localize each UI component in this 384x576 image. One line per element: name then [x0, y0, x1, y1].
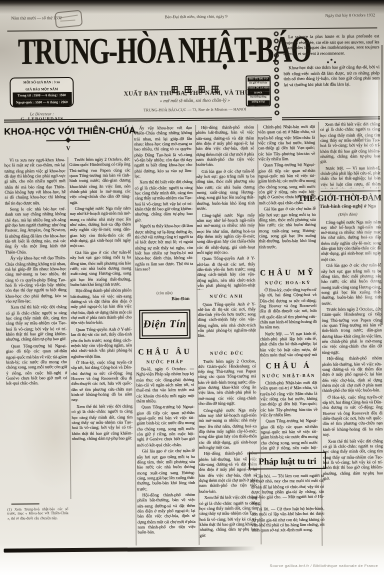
body-paragraph: Quan Tổng-quyền Anh ở Y-nhĩ-lan đi thị-s…: [197, 256, 255, 290]
law-column-body: Câu hỏi. — Tôi làm con nuôi người ta từ …: [251, 473, 325, 546]
country-usa: NƯỚC HOA-KỲ: [259, 279, 316, 284]
admin-box: THƯ-TỪ BÀI-VỞ xin gửi về toà báo 73 RUE …: [246, 75, 271, 106]
to-be-continued: (còn nữa): [135, 290, 193, 296]
body-paragraph: Xem thế thì biết việc đời chẳng có gì là…: [135, 179, 193, 222]
lunar-date: Bảo-Đại thất niên, tháng chín, ngày 9: [131, 13, 261, 19]
main-article-headline: KHOA-HỌC VỚI THIÊN-CHÚA.: [4, 126, 132, 137]
country-japan: NƯỚC NHẬT-BẢN: [260, 372, 317, 377]
news-column-japan: Chính-phủ Nhật-bản mới đặt viên quan cai…: [260, 380, 318, 450]
body-paragraph: Nước Mỹ. — Vì nạn kinh-tế, chính-phủ phả…: [260, 331, 317, 359]
article-byline: Bảo-Đan: [136, 297, 190, 302]
article-column-c: Ấy vậy khoa-học với đạo Thiên-Chúa chẳng…: [134, 125, 193, 287]
body-paragraph: Trước hôm ngày 2 Octobre, đức Giám-quốc …: [322, 306, 382, 354]
body-paragraph: Xem thế thì biết việc đời chẳng có gì là…: [6, 305, 67, 343]
body-paragraph: Song le các nhà bác-học trứ-danh xưa nay…: [5, 206, 66, 254]
body-paragraph: Ấy vậy khoa-học với đạo Thiên-Chúa chẳng…: [134, 125, 192, 179]
telegram-section-title: Điện Tín: [143, 319, 186, 330]
body-paragraph: Quan Tổng-quyền Anh ở Y-nhĩ-lan đi thị-s…: [198, 301, 256, 339]
issue-date: Ngày thứ bảy 8 Octobre 1932: [281, 12, 375, 18]
section-mark: V: [4, 146, 132, 153]
paper-stain: [20, 380, 90, 490]
telegram-section-box: Điện Tín: [142, 312, 188, 336]
price-box: MỖI SỐ GIÁ BÁN : 3 xu GIÁ BÁO MỘT NĂM Tr…: [10, 77, 74, 108]
body-paragraph: Trước hôm ngày 2 Octobre, đức Giám-quốc …: [198, 358, 256, 406]
body-paragraph: Giá lúa gạo ở các chợ tuần-lễ nầy hơi sụ…: [196, 168, 254, 211]
page-edge-shadow: [381, 45, 383, 325]
body-paragraph: Quan Tổng-trưởng bộ Ngoại-giao đã tiếp c…: [136, 404, 194, 447]
epigraph-french: La science la plus haute et la plus prof…: [283, 33, 379, 57]
body-paragraph: Giá lúa gạo ở các chợ tuần-lễ nầy hơi sụ…: [259, 206, 316, 249]
law-column-box: Pháp luật tu tri: [249, 452, 326, 470]
law-column-title: Pháp luật tu tri: [259, 455, 317, 466]
footnote-rule: [11, 503, 39, 504]
scan-bottom-edge: [4, 546, 256, 552]
country-germany: NƯỚC ĐỨC: [198, 350, 256, 356]
body-paragraph: Giá lúa gạo ở các chợ tuần-lễ nầy hơi sụ…: [137, 448, 195, 491]
body-paragraph: Hội-đồng thành-phố nhóm phiên bất-thường…: [196, 124, 254, 167]
paper-stain: [295, 120, 350, 210]
body-paragraph: Trước hôm ngày 2 Octobre, đức Giám-quốc …: [69, 157, 130, 205]
body-paragraph: Ba-lê, ngày 6 Octobre. — Nghị-viện Pháp …: [136, 366, 194, 404]
body-paragraph: Chính-phủ Nhật-bản mới đặt viên quan cai…: [260, 380, 317, 418]
newspaper-scan: Năm thứ mười — số thứ 1332 Bảo-Đại thất …: [0, 0, 384, 576]
body-paragraph: Giá lúa gạo ở các chợ tuần-lễ nầy hơi sụ…: [70, 249, 131, 287]
news-column-england: Quan Tổng-quyền Anh ở Y-nhĩ-lan đi thị-s…: [198, 301, 256, 349]
country-france: NƯỚC PHÁP: [136, 358, 194, 364]
asterism-divider: [330, 59, 332, 61]
body-paragraph: Ở Hoa-kỳ, cuộc tổng tuyển-cử sắp tới, ha…: [322, 394, 382, 437]
masthead: TRUNG-HÒA NHẬT-BÁO: [7, 32, 271, 63]
region-title-asia: CHÂU Á: [260, 361, 317, 370]
body-paragraph: Hội-đồng thành-phố nhóm phiên bất-thường…: [322, 356, 382, 394]
body-paragraph: Vì ta xưa nay ngợi-khen khoa-học là một …: [4, 157, 65, 205]
body-paragraph: Công-nghệ nước Nga mấy năm nay nhờ kế-ho…: [199, 407, 257, 450]
news-column-usa: Ở Hoa-kỳ, cuộc tổng tuyển-cử sắp tới, ha…: [259, 287, 317, 358]
body-paragraph: Người ta thấy khoa-học đã làm được những…: [135, 223, 193, 271]
body-paragraph: Quan Tổng-trưởng bộ Ngoại-giao đã tiếp c…: [261, 418, 318, 450]
chain-ornament: [272, 30, 281, 117]
body-paragraph: Ở Hoa-kỳ, cuộc tổng tuyển-cử sắp tới, ha…: [259, 287, 316, 330]
admin-line: không trả lại: [247, 100, 269, 105]
page-sheen: [360, 80, 378, 310]
masthead-office: TRUNG-HOÀ BÁO-CỤC — 73, Rue de la Missio…: [108, 106, 282, 113]
body-paragraph: Câu hỏi. — Tôi làm con nuôi người ta từ …: [251, 473, 324, 506]
body-paragraph: Xem thế thì biết việc đời chẳng có gì là…: [323, 438, 383, 481]
news-column-d: Hội-đồng thành-phố nhóm phiên bất-thường…: [196, 124, 255, 289]
postal-stamp: [54, 10, 82, 29]
body-paragraph: Quan Tổng-quyền Anh ở Y-nhĩ-lan đi thị-s…: [71, 326, 132, 358]
body-paragraph: Ấy vậy khoa-học với đạo Thiên-Chúa chẳng…: [5, 255, 66, 303]
region-title-america: CHÂU MỸ: [259, 268, 316, 277]
body-paragraph: Xem thế thì biết việc đời chẳng có gì là…: [199, 495, 257, 538]
country-england: NƯỚC ANH: [198, 293, 256, 299]
masthead-title: TRUNG-HÒA NHẬT-BÁO: [18, 32, 261, 71]
footnote: (1) Xem Trung-hoà nhật-báo các số trước,…: [7, 507, 68, 544]
admin-line: 73 RUE DE LA MISSION: [247, 86, 269, 91]
headline-ornament: [46, 140, 90, 141]
price-line: Ngoại-quốc : 5$00 — 6 tháng : 2$60: [12, 99, 71, 106]
region-title-europe: CHÂU ÂU: [136, 347, 194, 357]
body-paragraph: Hội-đồng thành-phố nhóm phiên bất-thường…: [137, 492, 195, 535]
gallica-attribution: Source gallica.bnf.fr / Bibliothèque nat…: [150, 563, 378, 568]
body-paragraph: Công-nghệ nước Nga mấy năm nay nhờ kế-ho…: [70, 206, 131, 249]
body-paragraph: Công-nghệ nước Nga mấy năm nay nhờ kế-ho…: [197, 212, 255, 255]
news-column-france: Ba-lê, ngày 6 Octobre. — Nghị-viện Pháp …: [136, 366, 196, 546]
body-paragraph: Hội-đồng thành-phố nhóm phiên bất-thường…: [70, 288, 131, 326]
body-paragraph: Trả lời. — Cứ theo luật hộ hiện-hành, co…: [251, 506, 324, 533]
